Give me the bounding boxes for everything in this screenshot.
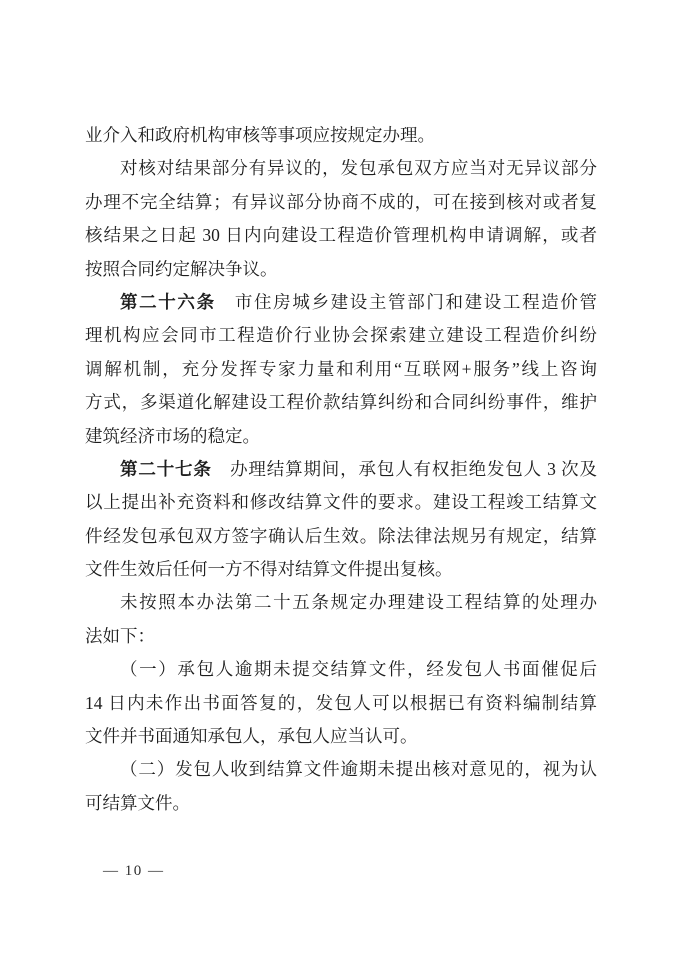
text-line: 未按照本办法第二十五条规定办理建设工程结算的处理办 <box>85 586 597 619</box>
text-line: （二）发包人收到结算文件逾期未提出核对意见的，视为认 <box>85 753 597 786</box>
text-line: 办理不完全结算；有异议部分协商不成的，可在接到核对或者复 <box>85 186 597 219</box>
page-number: — 10 — <box>103 863 165 880</box>
text-line: 核结果之日起 30 日内向建设工程造价管理机构申请调解，或者 <box>85 219 597 252</box>
text-line: 14 日内未作出书面答复的，发包人可以根据已有资料编制结算 <box>85 687 597 720</box>
text-line: 件经发包承包双方签字确认后生效。除法律法规另有规定，结算 <box>85 520 597 553</box>
article-heading: 第二十六条 <box>120 292 216 312</box>
text-line: 第二十六条 市住房城乡建设主管部门和建设工程造价管 <box>85 286 597 319</box>
text-line: 第二十七条 办理结算期间，承包人有权拒绝发包人 3 次及 <box>85 453 597 486</box>
text-line: 对核对结果部分有异议的，发包承包双方应当对无异议部分 <box>85 152 597 185</box>
text-line: 可结算文件。 <box>85 787 597 820</box>
document-text: 业介入和政府机构审核等事项应按规定办理。对核对结果部分有异议的，发包承包双方应当… <box>85 119 597 820</box>
text-line: 文件并书面通知承包人，承包人应当认可。 <box>85 720 597 753</box>
text-line: 以上提出补充资料和修改结算文件的要求。建设工程竣工结算文 <box>85 486 597 519</box>
text-line: 方式，多渠道化解建设工程价款结算纠纷和合同纠纷事件，维护 <box>85 386 597 419</box>
text-line: 理机构应会同市工程造价行业协会探索建立建设工程造价纠纷 <box>85 319 597 352</box>
text-line: （一）承包人逾期未提交结算文件，经发包人书面催促后 <box>85 653 597 686</box>
text-line: 建筑经济市场的稳定。 <box>85 420 597 453</box>
text-line: 法如下： <box>85 620 597 653</box>
text-line: 业介入和政府机构审核等事项应按规定办理。 <box>85 119 597 152</box>
document-page: 业介入和政府机构审核等事项应按规定办理。对核对结果部分有异议的，发包承包双方应当… <box>0 0 680 962</box>
text-line: 文件生效后任何一方不得对结算文件提出复核。 <box>85 553 597 586</box>
text-line: 调解机制，充分发挥专家力量和利用“互联网+服务”线上咨询 <box>85 353 597 386</box>
text-line: 按照合同约定解决争议。 <box>85 253 597 286</box>
article-heading: 第二十七条 <box>120 459 212 479</box>
